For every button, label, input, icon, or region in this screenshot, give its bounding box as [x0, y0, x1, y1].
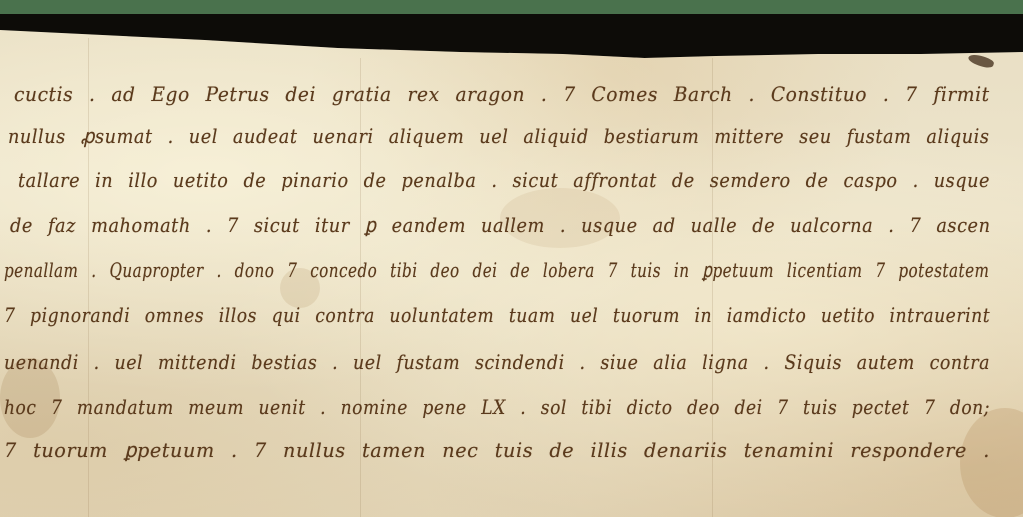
text-line-6: 7 pignorandi omnes illos qui contra uolu…: [4, 303, 990, 327]
text-line-5: penallam . Quapropter . dono 7 concedo t…: [4, 258, 989, 282]
text-line-7: uenandi . uel mittendi bestias . uel fus…: [4, 350, 990, 374]
text-line-4: de faz mahomath . 7 sicut itur ꝑ eandem …: [10, 213, 991, 237]
text-line-1: cuctis . ad Ego Petrus dei gratia rex ar…: [14, 82, 990, 106]
text-line-2: nullus ꝓsumat . uel audeat uenari alique…: [8, 124, 989, 148]
text-line-8: hoc 7 mandatum meum uenit . nomine pene …: [4, 395, 990, 419]
text-line-3: tallare in illo uetito de pinario de pen…: [18, 168, 990, 192]
text-line-9: 7 tuorum ꝑpetuum . 7 nullus tamen nec tu…: [4, 438, 990, 462]
charter-text: cuctis . ad Ego Petrus dei gratia rex ar…: [0, 0, 1023, 517]
